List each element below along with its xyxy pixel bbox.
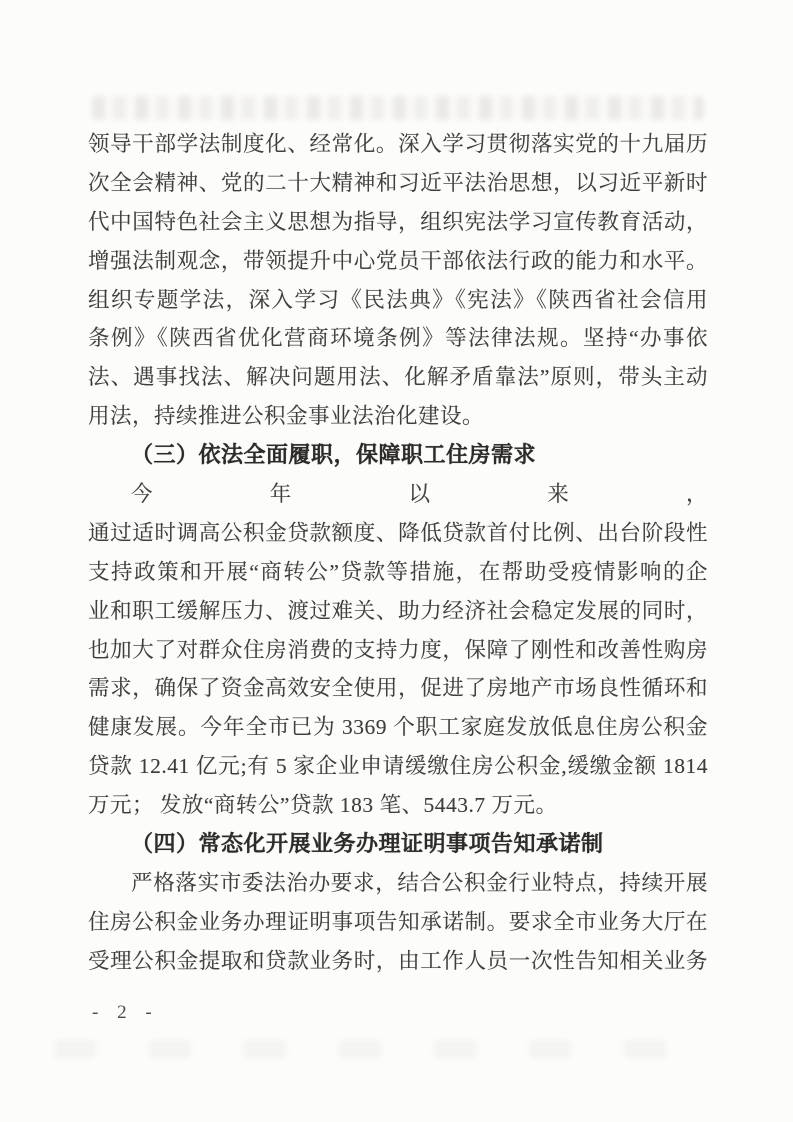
text-line: 严格落实市委法治办要求，结合公积金行业特点，持续开展 (88, 864, 708, 903)
text-line: 次全会精神、党的二十大精神和习近平法治思想，以习近平新时 (88, 164, 708, 203)
text-line: 住房公积金业务办理证明事项告知承诺制。要求全市业务大厅在 (88, 903, 708, 942)
text-line: 需求，确保了资金高效安全使用，促进了房地产市场良性循环和 (88, 669, 708, 708)
text-line: 健康发展。今年全市已为 3369 个职工家庭发放低息住房公积金 (88, 708, 708, 747)
text-line: 今年以来，中心陆续出台了三批次住房公积金惠企利民政策， (88, 475, 708, 514)
text-line: 组织专题学法，深入学习《民法典》《宪法》《陕西省社会信用 (88, 281, 708, 320)
text-line: 条例》《陕西省优化营商环境条例》等法律法规。坚持“办事依 (88, 319, 708, 358)
scanned-document-page: 领导干部学法制度化、经常化。深入学习贯彻落实党的十九届历 次全会精神、党的二十大… (0, 0, 793, 1122)
text-line: 通过适时调高公积金贷款额度、降低贷款首付比例、出台阶段性 (88, 514, 708, 553)
text-line: 法、遇事找法、解决问题用法、化解矛盾靠法”原则，带头主动 (88, 358, 708, 397)
text-line: 也加大了对群众住房消费的支持力度，保障了刚性和改善性购房 (88, 631, 708, 670)
text-line: 用法，持续推进公积金事业法治化建设。 (88, 397, 708, 436)
bleed-through-artifact (92, 96, 704, 120)
text-line: 业和职工缓解压力、渡过难关、助力经济社会稳定发展的同时， (88, 592, 708, 631)
text-line: 增强法制观念，带领提升中心党员干部依法行政的能力和水平。 (88, 242, 708, 281)
text-line: 受理公积金提取和贷款业务时，由工作人员一次性告知相关业务 (88, 942, 708, 981)
text-line: 支持政策和开展“商转公”贷款等措施，在帮助受疫情影响的企 (88, 553, 708, 592)
section-heading-4: （四）常态化开展业务办理证明事项告知承诺制 (88, 825, 708, 864)
text-line: 万元； 发放“商转公”贷款 183 笔、5443.7 万元。 (88, 786, 708, 825)
scan-noise-artifact (55, 1040, 695, 1058)
section-heading-3: （三）依法全面履职，保障职工住房需求 (88, 436, 708, 475)
document-body: 领导干部学法制度化、经常化。深入学习贯彻落实党的十九届历 次全会精神、党的二十大… (88, 125, 708, 981)
text-line: 领导干部学法制度化、经常化。深入学习贯彻落实党的十九届历 (88, 125, 708, 164)
page-number: - 2 - (92, 1002, 159, 1024)
text-line: 贷款 12.41 亿元;有 5 家企业申请缓缴住房公积金,缓缴金额 1814 (88, 747, 708, 786)
text-line: 代中国特色社会主义思想为指导，组织宪法学习宣传教育活动， (88, 203, 708, 242)
